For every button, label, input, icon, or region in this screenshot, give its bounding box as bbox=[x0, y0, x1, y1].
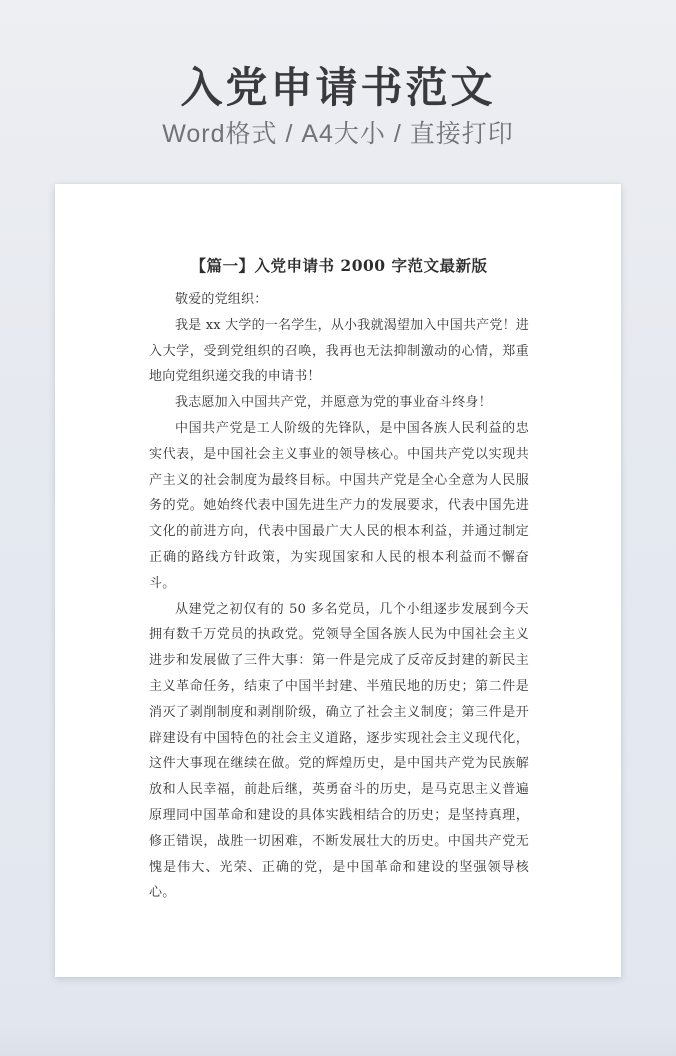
document-paragraph: 我是 xx 大学的一名学生，从小我就渴望加入中国共产党！进入大学，受到党组织的召… bbox=[149, 313, 529, 390]
document-heading: 【篇一】入党申请书 2000 字范文最新版 bbox=[149, 254, 529, 278]
document-body: 敬爱的党组织：我是 xx 大学的一名学生，从小我就渴望加入中国共产党！进入大学，… bbox=[149, 287, 529, 906]
document-paragraph: 我志愿加入中国共产党，并愿意为党的事业奋斗终身！ bbox=[149, 390, 529, 416]
document-paragraph: 敬爱的党组织： bbox=[149, 287, 529, 313]
document-page: 【篇一】入党申请书 2000 字范文最新版 敬爱的党组织：我是 xx 大学的一名… bbox=[55, 184, 621, 977]
document-paragraph: 中国共产党是工人阶级的先锋队，是中国各族人民利益的忠实代表，是中国社会主义事业的… bbox=[149, 416, 529, 597]
page-title: 入党申请书范文 bbox=[0, 0, 676, 112]
hero-header: 入党申请书范文 Word格式 / A4大小 / 直接打印 bbox=[0, 0, 676, 149]
document-paragraph: 从建党之初仅有的 50 多名党员，几个小组逐步发展到今天拥有数千万党员的执政党。… bbox=[149, 597, 529, 907]
page-subtitle: Word格式 / A4大小 / 直接打印 bbox=[0, 119, 676, 149]
